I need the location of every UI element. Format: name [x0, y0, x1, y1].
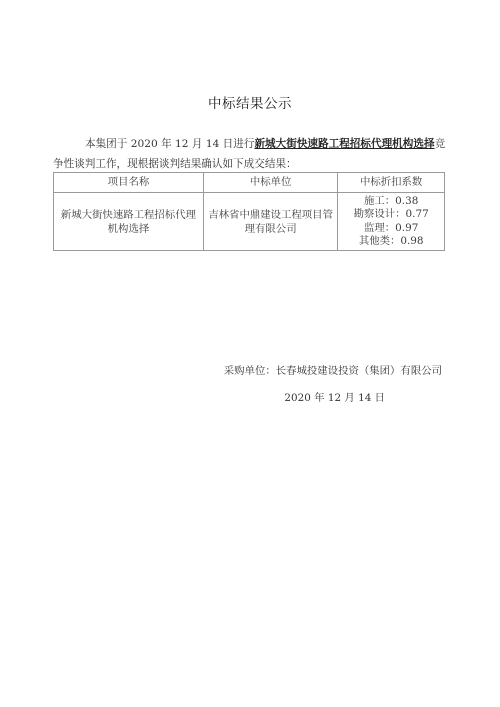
page-title: 中标结果公示	[0, 92, 500, 112]
intro-paragraph: 本集团于 2020 年 12 月 14 日进行新城大街快速路工程招标代理机构选择…	[53, 134, 446, 174]
signature-date: 2020 年 12 月 14 日	[0, 389, 385, 404]
intro-project-name: 新城大街快速路工程招标代理机构选择	[254, 138, 434, 150]
table-header-row: 项目名称 中标单位 中标折扣系数	[54, 173, 445, 193]
coefficient-survey-design: 勘察设计：0.77	[342, 208, 440, 222]
document-page: 中标结果公示 本集团于 2020 年 12 月 14 日进行新城大街快速路工程招…	[0, 0, 500, 707]
header-project-name: 项目名称	[54, 173, 204, 193]
cell-project-name: 新城大街快速路工程招标代理机构选择	[54, 193, 204, 251]
table-row: 新城大街快速路工程招标代理机构选择 吉林省中鼎建设工程项目管理有限公司 施工：0…	[54, 193, 445, 251]
purchaser-signature: 采购单位：长春城投建设投资（集团）有限公司	[0, 362, 442, 377]
intro-prefix: 本集团于 2020 年 12 月 14 日进行	[85, 138, 254, 150]
award-result-table: 项目名称 中标单位 中标折扣系数 新城大街快速路工程招标代理机构选择 吉林省中鼎…	[53, 172, 445, 251]
cell-winning-bidder: 吉林省中鼎建设工程项目管理有限公司	[203, 193, 337, 251]
coefficient-other: 其他类：0.98	[342, 235, 440, 249]
header-winning-bidder: 中标单位	[203, 173, 337, 193]
coefficient-construction: 施工：0.38	[342, 195, 440, 209]
cell-discount-coefficients: 施工：0.38 勘察设计：0.77 监理：0.97 其他类：0.98	[338, 193, 445, 251]
header-discount-coefficient: 中标折扣系数	[338, 173, 445, 193]
coefficient-supervision: 监理：0.97	[342, 222, 440, 236]
